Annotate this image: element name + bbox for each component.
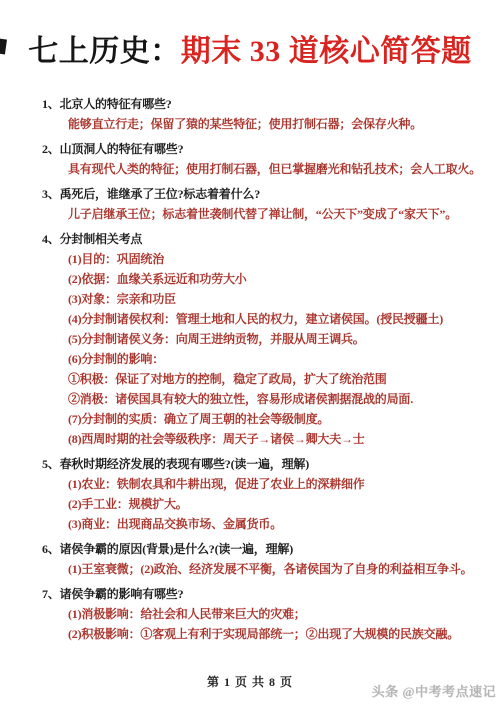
answer-line: ①积极：保证了对地方的控制，稳定了政局，扩大了统治范围 bbox=[42, 369, 472, 389]
answer-line: 能够直立行走；保留了猿的某些特征；使用打制石器；会保存火种。 bbox=[42, 114, 472, 134]
answer-line: 具有现代人类的特征；使用打制石器，但已掌握磨光和钻孔技术；会人工取火。 bbox=[42, 159, 472, 179]
qa-block: 1、北京人的特征有哪些?能够直立行走；保留了猿的某些特征；使用打制石器；会保存火… bbox=[42, 94, 472, 134]
answer-line: (2)积极影响：①客观上有利于实现局部统一；②出现了大规模的民族交融。 bbox=[42, 624, 472, 644]
answer-line: (1)农业：铁制农具和牛耕出现，促进了农业上的深耕细作 bbox=[42, 474, 472, 494]
question-text: 6、诸侯争霸的原因(背景)是什么?(读一遍，理解) bbox=[42, 539, 472, 559]
question-text: 2、山顶洞人的特征有哪些? bbox=[42, 139, 472, 159]
answer-line: (7)分封制的实质：确立了周王朝的社会等级制度。 bbox=[42, 409, 472, 429]
qa-block: 6、诸侯争霸的原因(背景)是什么?(读一遍，理解)(1)王室衰微；(2)政治、经… bbox=[42, 539, 472, 579]
question-text: 1、北京人的特征有哪些? bbox=[42, 94, 472, 114]
watermark-text: 头条 @中考考点速记 bbox=[372, 681, 496, 700]
question-text: 4、分封制相关考点 bbox=[42, 229, 472, 249]
document-page: 七上历史：期末 33 道核心简答题 1、北京人的特征有哪些?能够直立行走；保留了… bbox=[0, 0, 500, 707]
qa-block: 2、山顶洞人的特征有哪些?具有现代人类的特征；使用打制石器，但已掌握磨光和钻孔技… bbox=[42, 139, 472, 179]
qa-block: 3、禹死后，谁继承了王位?标志着着什么?儿子启继承王位；标志着世袭制代替了禅让制… bbox=[42, 184, 472, 224]
answer-line: (2)手工业：规模扩大。 bbox=[42, 494, 472, 514]
answer-line: (1)王室衰微；(2)政治、经济发展不平衡，各诸侯国为了自身的利益相互争斗。 bbox=[42, 559, 472, 579]
qa-block: 7、诸侯争霸的影响有哪些?(1)消极影响：给社会和人民带来巨大的灾难；(2)积极… bbox=[42, 584, 472, 644]
answer-line: (5)分封制诸侯义务：向周王进纳贡物，并服从周王调兵。 bbox=[42, 329, 472, 349]
answer-line: 儿子启继承王位；标志着世袭制代替了禅让制，“公天下”变成了“家天下”。 bbox=[42, 204, 472, 224]
question-text: 7、诸侯争霸的影响有哪些? bbox=[42, 584, 472, 604]
qa-list: 1、北京人的特征有哪些?能够直立行走；保留了猿的某些特征；使用打制石器；会保存火… bbox=[0, 70, 500, 644]
page-title: 七上历史：期末 33 道核心简答题 bbox=[0, 0, 500, 70]
answer-line: (4)分封制诸侯权利：管理土地和人民的权力，建立诸侯国。(授民授疆土) bbox=[42, 309, 472, 329]
answer-line: (6)分封制的影响： bbox=[42, 349, 472, 369]
answer-line: (1)消极影响：给社会和人民带来巨大的灾难； bbox=[42, 604, 472, 624]
answer-line: (2)依据：血缘关系远近和功劳大小 bbox=[42, 269, 472, 289]
answer-line: ②消极：诸侯国具有较大的独立性，容易形成诸侯割据混战的局面. bbox=[42, 389, 472, 409]
question-text: 3、禹死后，谁继承了王位?标志着着什么? bbox=[42, 184, 472, 204]
title-prefix: 七上历史： bbox=[28, 35, 181, 68]
page-number-indicator: 第 1 页 共 8 页 bbox=[207, 675, 293, 689]
question-text: 5、春秋时期经济发展的表现有哪些?(读一遍，理解) bbox=[42, 454, 472, 474]
answer-line: (3)商业：出现商品交换市场、金属货币。 bbox=[42, 514, 472, 534]
title-main: 期末 33 道核心简答题 bbox=[181, 35, 472, 68]
answer-line: (8)西周时期的社会等级秩序：周天子→诸侯→卿大夫→士 bbox=[42, 429, 472, 449]
qa-block: 5、春秋时期经济发展的表现有哪些?(读一遍，理解)(1)农业：铁制农具和牛耕出现… bbox=[42, 454, 472, 534]
answer-line: (3)对象：宗亲和功臣 bbox=[42, 289, 472, 309]
qa-block: 4、分封制相关考点(1)目的：巩固统治(2)依据：血缘关系远近和功劳大小(3)对… bbox=[42, 229, 472, 449]
answer-line: (1)目的：巩固统治 bbox=[42, 249, 472, 269]
